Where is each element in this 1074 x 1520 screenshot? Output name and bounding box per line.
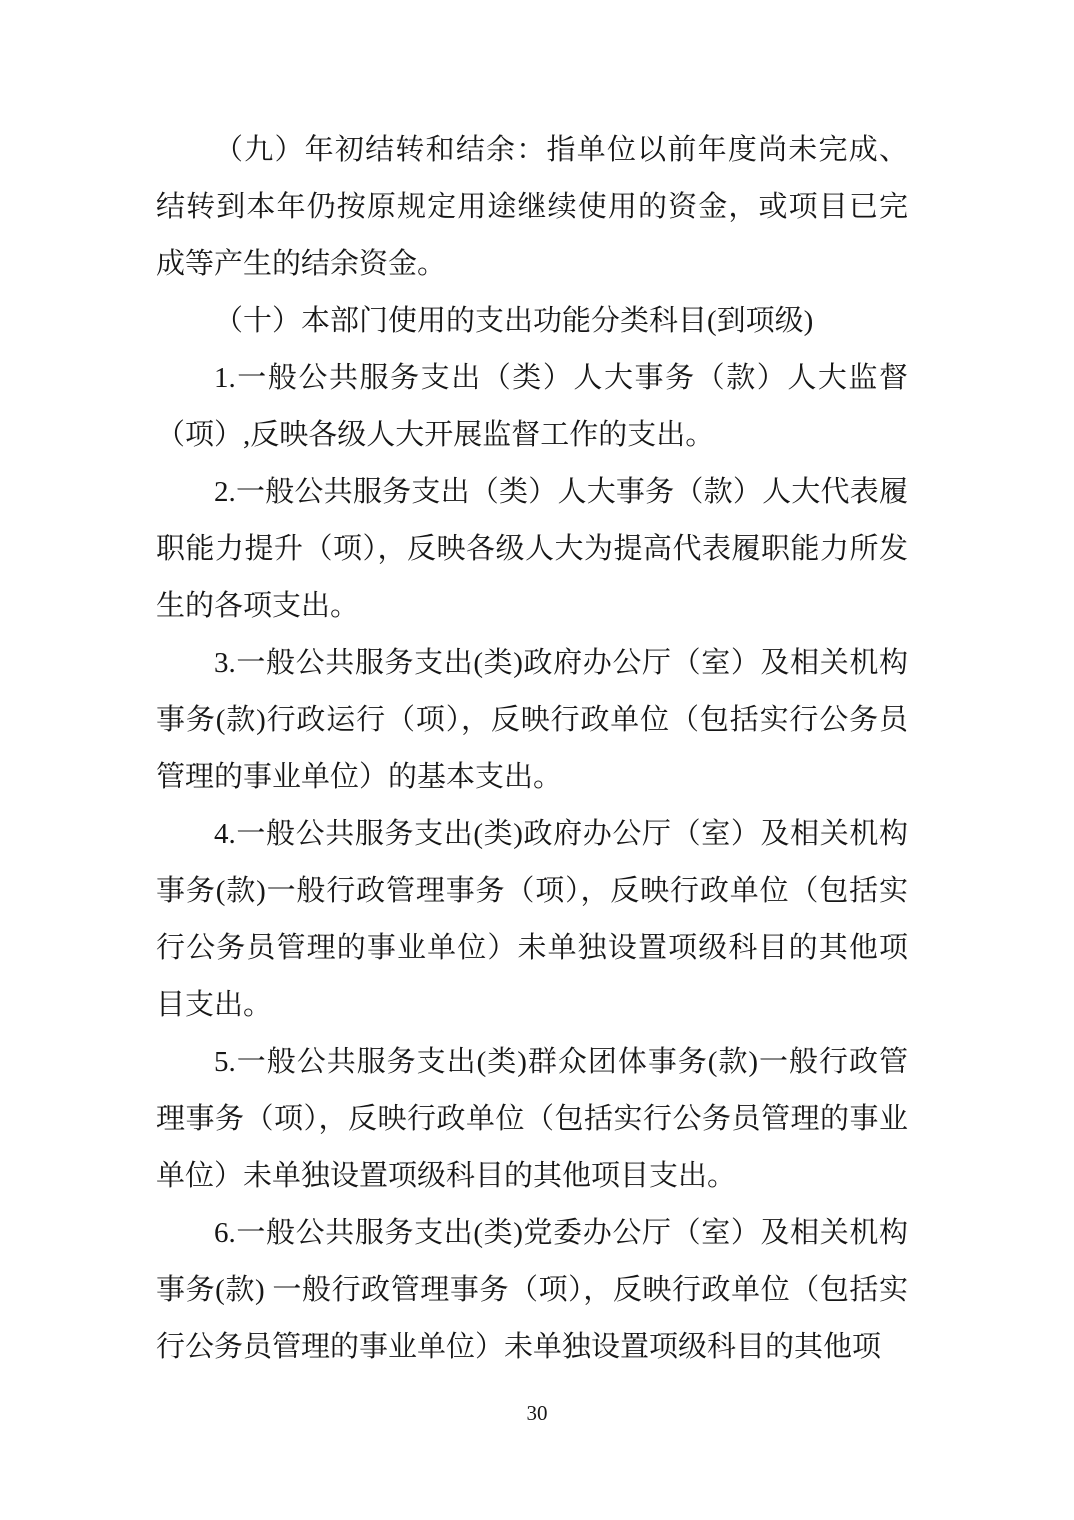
paragraph-nine-year-start-carryover: （九）年初结转和结余：指单位以前年度尚未完成、结转到本年仍按原规定用途继续使用的… — [156, 122, 908, 293]
paragraph-item-6-party-committee-office-general-admin: 6.一般公共服务支出(类)党委办公厅（室）及相关机构事务(款) 一般行政管理事务… — [156, 1205, 908, 1376]
paragraph-item-5-mass-organization-general-admin: 5.一般公共服务支出(类)群众团体事务(款)一般行政管理事务（项），反映行政单位… — [156, 1034, 908, 1205]
paragraph-item-3-government-office-operations: 3.一般公共服务支出(类)政府办公厅（室）及相关机构事务(款)行政运行（项），反… — [156, 635, 908, 806]
paragraph-item-1-npc-supervision: 1.一般公共服务支出（类）人大事务（款）人大监督（项）,反映各级人大开展监督工作… — [156, 350, 908, 464]
paragraph-item-4-government-office-general-admin: 4.一般公共服务支出(类)政府办公厅（室）及相关机构事务(款)一般行政管理事务（… — [156, 806, 908, 1034]
document-page: （九）年初结转和结余：指单位以前年度尚未完成、结转到本年仍按原规定用途继续使用的… — [0, 0, 1074, 1520]
paragraph-item-2-npc-delegate-capacity: 2.一般公共服务支出（类）人大事务（款）人大代表履职能力提升（项），反映各级人大… — [156, 464, 908, 635]
document-body: （九）年初结转和结余：指单位以前年度尚未完成、结转到本年仍按原规定用途继续使用的… — [156, 122, 908, 1376]
page-number: 30 — [0, 1398, 1074, 1428]
paragraph-ten-expenditure-classification-heading: （十）本部门使用的支出功能分类科目(到项级) — [156, 293, 908, 350]
